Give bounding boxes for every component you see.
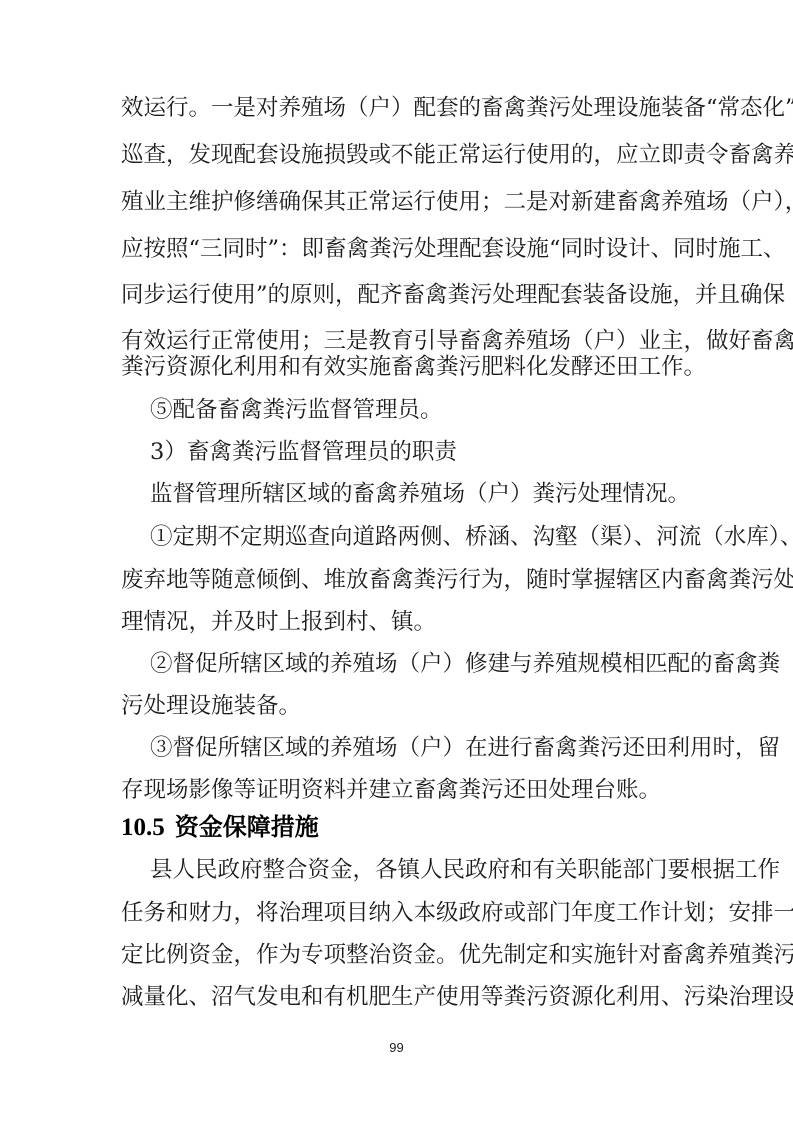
text-line: 定比例资金，作为专项整治资金。优先制定和实施针对畜禽养殖粪污 <box>121 941 673 969</box>
section-title: 资金保障措施 <box>175 812 319 841</box>
document-page: 效运行。一是对养殖场（户）配套的畜禽粪污处理设施装备“常态化”巡查，发现配套设施… <box>0 0 793 1122</box>
text-line: 污处理设施装备。 <box>121 692 673 720</box>
text-line: 效运行。一是对养殖场（户）配套的畜禽粪污处理设施装备“常态化” <box>121 94 673 122</box>
section-number: 10.5 <box>121 814 165 841</box>
text-line: 3）畜禽粪污监督管理员的职责 <box>150 438 673 466</box>
text-line: 同步运行使用”的原则，配齐畜禽粪污处理配套装备设施，并且确保 <box>121 281 673 309</box>
text-line: 废弃地等随意倾倒、堆放畜禽粪污行为，随时掌握辖区内畜禽粪污处 <box>121 566 673 594</box>
text-line: ②督促所辖区域的养殖场（户）修建与养殖规模相匹配的畜禽粪 <box>150 650 673 678</box>
text-line: 任务和财力，将治理项目纳入本级政府或部门年度工作计划；安排一 <box>121 899 673 927</box>
text-line: 县人民政府整合资金，各镇人民政府和有关职能部门要根据工作 <box>150 856 673 884</box>
page-number: 99 <box>0 1040 793 1055</box>
text-line: 殖业主维护修缮确保其正常运行使用；二是对新建畜禽养殖场（户）， <box>121 188 673 216</box>
text-line: ⑤配备畜禽粪污监督管理员。 <box>150 396 673 424</box>
text-line: 减量化、沼气发电和有机肥生产使用等粪污资源化利用、污染治理设 <box>121 983 673 1011</box>
text-line: 有效运行正常使用；三是教育引导畜禽养殖场（户）业主，做好畜禽 <box>121 327 673 355</box>
text-line: 巡查，发现配套设施损毁或不能正常运行使用的，应立即责令畜禽养 <box>121 141 673 169</box>
text-line: 粪污资源化利用和有效实施畜禽粪污肥料化发酵还田工作。 <box>121 353 673 381</box>
text-line: 理情况，并及时上报到村、镇。 <box>121 608 673 636</box>
text-line: 存现场影像等证明资料并建立畜禽粪污还田处理台账。 <box>121 776 673 804</box>
text-line: 应按照“三同时”：即畜禽粪污处理配套设施“同时设计、同时施工、 <box>121 235 673 263</box>
text-line: ③督促所辖区域的养殖场（户）在进行畜禽粪污还田利用时，留 <box>150 734 673 762</box>
text-line: ①定期不定期巡查向道路两侧、桥涵、沟壑（渠）、河流（水库）、 <box>150 523 673 551</box>
text-line: 监督管理所辖区域的畜禽养殖场（户）粪污处理情况。 <box>150 480 673 508</box>
section-heading: 10.5资金保障措施 <box>121 811 319 843</box>
